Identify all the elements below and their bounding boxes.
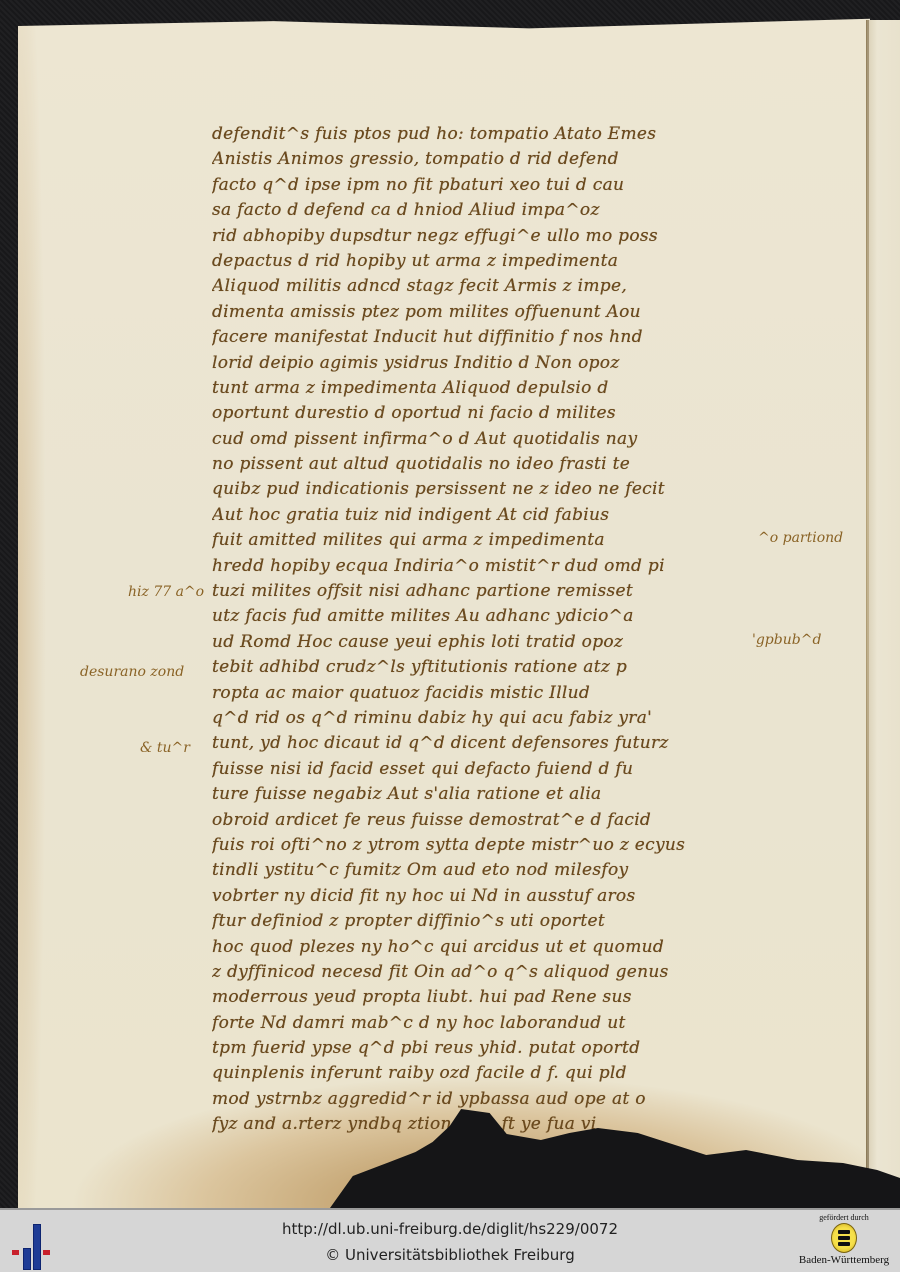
manuscript-text-block: defendit^s fuis ptos pud ho: tompatio At… <box>212 122 772 1138</box>
text-line: tpm fuerid ypse q^d pbi reus yhid. putat… <box>212 1036 772 1061</box>
text-line: forte Nd damri mab^c d ny hoc laborandud… <box>212 1011 772 1036</box>
text-line: lorid deipio agimis ysidrus Inditio d No… <box>212 351 772 376</box>
text-line: tunt, yd hoc dicaut id q^d dicent defens… <box>212 731 772 756</box>
text-line: fuisse nisi id facid esset qui defacto f… <box>212 757 772 782</box>
text-line: Aut hoc gratia tuiz nid indigent At cid … <box>212 503 772 528</box>
text-line: ture fuisse negabiz Aut s'alia ratione e… <box>212 782 772 807</box>
text-line: q^d rid os q^d riminu dabiz hy qui acu f… <box>212 706 772 731</box>
page-gutter <box>866 20 869 1208</box>
text-line: Anistis Animos gressio, tompatio d rid d… <box>212 147 772 172</box>
text-line: rid abhopiby dupsdtur negz effugi^e ullo… <box>212 224 772 249</box>
text-line: sa facto d defend ca d hniod Aliud impa^… <box>212 198 772 223</box>
text-line: vobrter ny dicid fit ny hoc ui Nd in aus… <box>212 884 772 909</box>
coat-of-arms-icon <box>831 1223 857 1253</box>
text-line: Aliquod militis adncd stagz fecit Armis … <box>212 274 772 299</box>
margin-note-right: 'gpbub^d <box>752 632 821 648</box>
text-line: tebit adhibd crudz^ls yftitutionis ratio… <box>212 655 772 680</box>
text-line: dimenta amissis ptez pom milites offuenu… <box>212 300 772 325</box>
text-line: fuit amitted milites qui arma z impedime… <box>212 528 772 553</box>
text-line: hoc quod plezes ny ho^c qui arcidus ut e… <box>212 935 772 960</box>
margin-note-left: & tu^r <box>140 740 190 756</box>
text-line: tunt arma z impedimenta Aliquod depulsio… <box>212 376 772 401</box>
sponsor-name: Baden-Württemberg <box>794 1254 894 1266</box>
text-line: depactus d rid hopiby ut arma z impedime… <box>212 249 772 274</box>
text-line: obroid ardicet fe reus fuisse demostrat^… <box>212 808 772 833</box>
text-line: mod ystrnbz aggredid^r id ypbassa aud op… <box>212 1087 772 1112</box>
text-line: moderrous yeud propta liubt. hui pad Ren… <box>212 985 772 1010</box>
text-line: ropta ac maior quatuoz facidis mistic Il… <box>212 681 772 706</box>
text-line: no pissent aut altud quotidalis no ideo … <box>212 452 772 477</box>
text-line: tindli ystitu^c fumitz Om aud eto nod mi… <box>212 858 772 883</box>
text-line: tuzi milites offsit nisi adhanc partione… <box>212 579 772 604</box>
text-line: defendit^s fuis ptos pud ho: tompatio At… <box>212 122 772 147</box>
text-line: cud omd pissent infirma^o d Aut quotidal… <box>212 427 772 452</box>
text-line: hredd hopiby ecqua Indiria^o mistit^r du… <box>212 554 772 579</box>
text-line: ud Romd Hoc cause yeui ephis loti tratid… <box>212 630 772 655</box>
margin-note-right: ^o partiond <box>758 530 843 546</box>
facing-page-edge <box>866 20 900 1208</box>
text-line: facere manifestat Inducit hut diffinitio… <box>212 325 772 350</box>
margin-note-left: desurano zond <box>80 664 184 680</box>
text-line: oportunt durestio d oportud ni facio d m… <box>212 401 772 426</box>
permalink-url[interactable]: http://dl.ub.uni-freiburg.de/diglit/hs22… <box>0 1220 900 1238</box>
margin-note-left: hiz 77 a^o <box>128 584 204 600</box>
sponsor-block: gefördert durch Baden-Württemberg <box>794 1213 894 1266</box>
text-line: z dyffinicod necesd fit Oin ad^o q^s ali… <box>212 960 772 985</box>
text-line: quibz pud indicationis persissent ne z i… <box>212 477 772 502</box>
text-line: ftur definiod z propter diffinio^s uti o… <box>212 909 772 934</box>
footer: http://dl.ub.uni-freiburg.de/diglit/hs22… <box>0 1208 900 1272</box>
manuscript-viewer: defendit^s fuis ptos pud ho: tompatio At… <box>0 0 900 1208</box>
text-line: facto q^d ipse ipm no fit pbaturi xeo tu… <box>212 173 772 198</box>
text-line: utz facis fud amitte milites Au adhanc y… <box>212 604 772 629</box>
sponsor-funded-label: gefördert durch <box>794 1213 894 1222</box>
text-line: fuis roi ofti^no z ytrom sytta depte mis… <box>212 833 772 858</box>
copyright-notice: © Universitätsbibliothek Freiburg <box>0 1246 900 1264</box>
text-line: quinplenis inferunt raiby ozd facile d f… <box>212 1061 772 1086</box>
